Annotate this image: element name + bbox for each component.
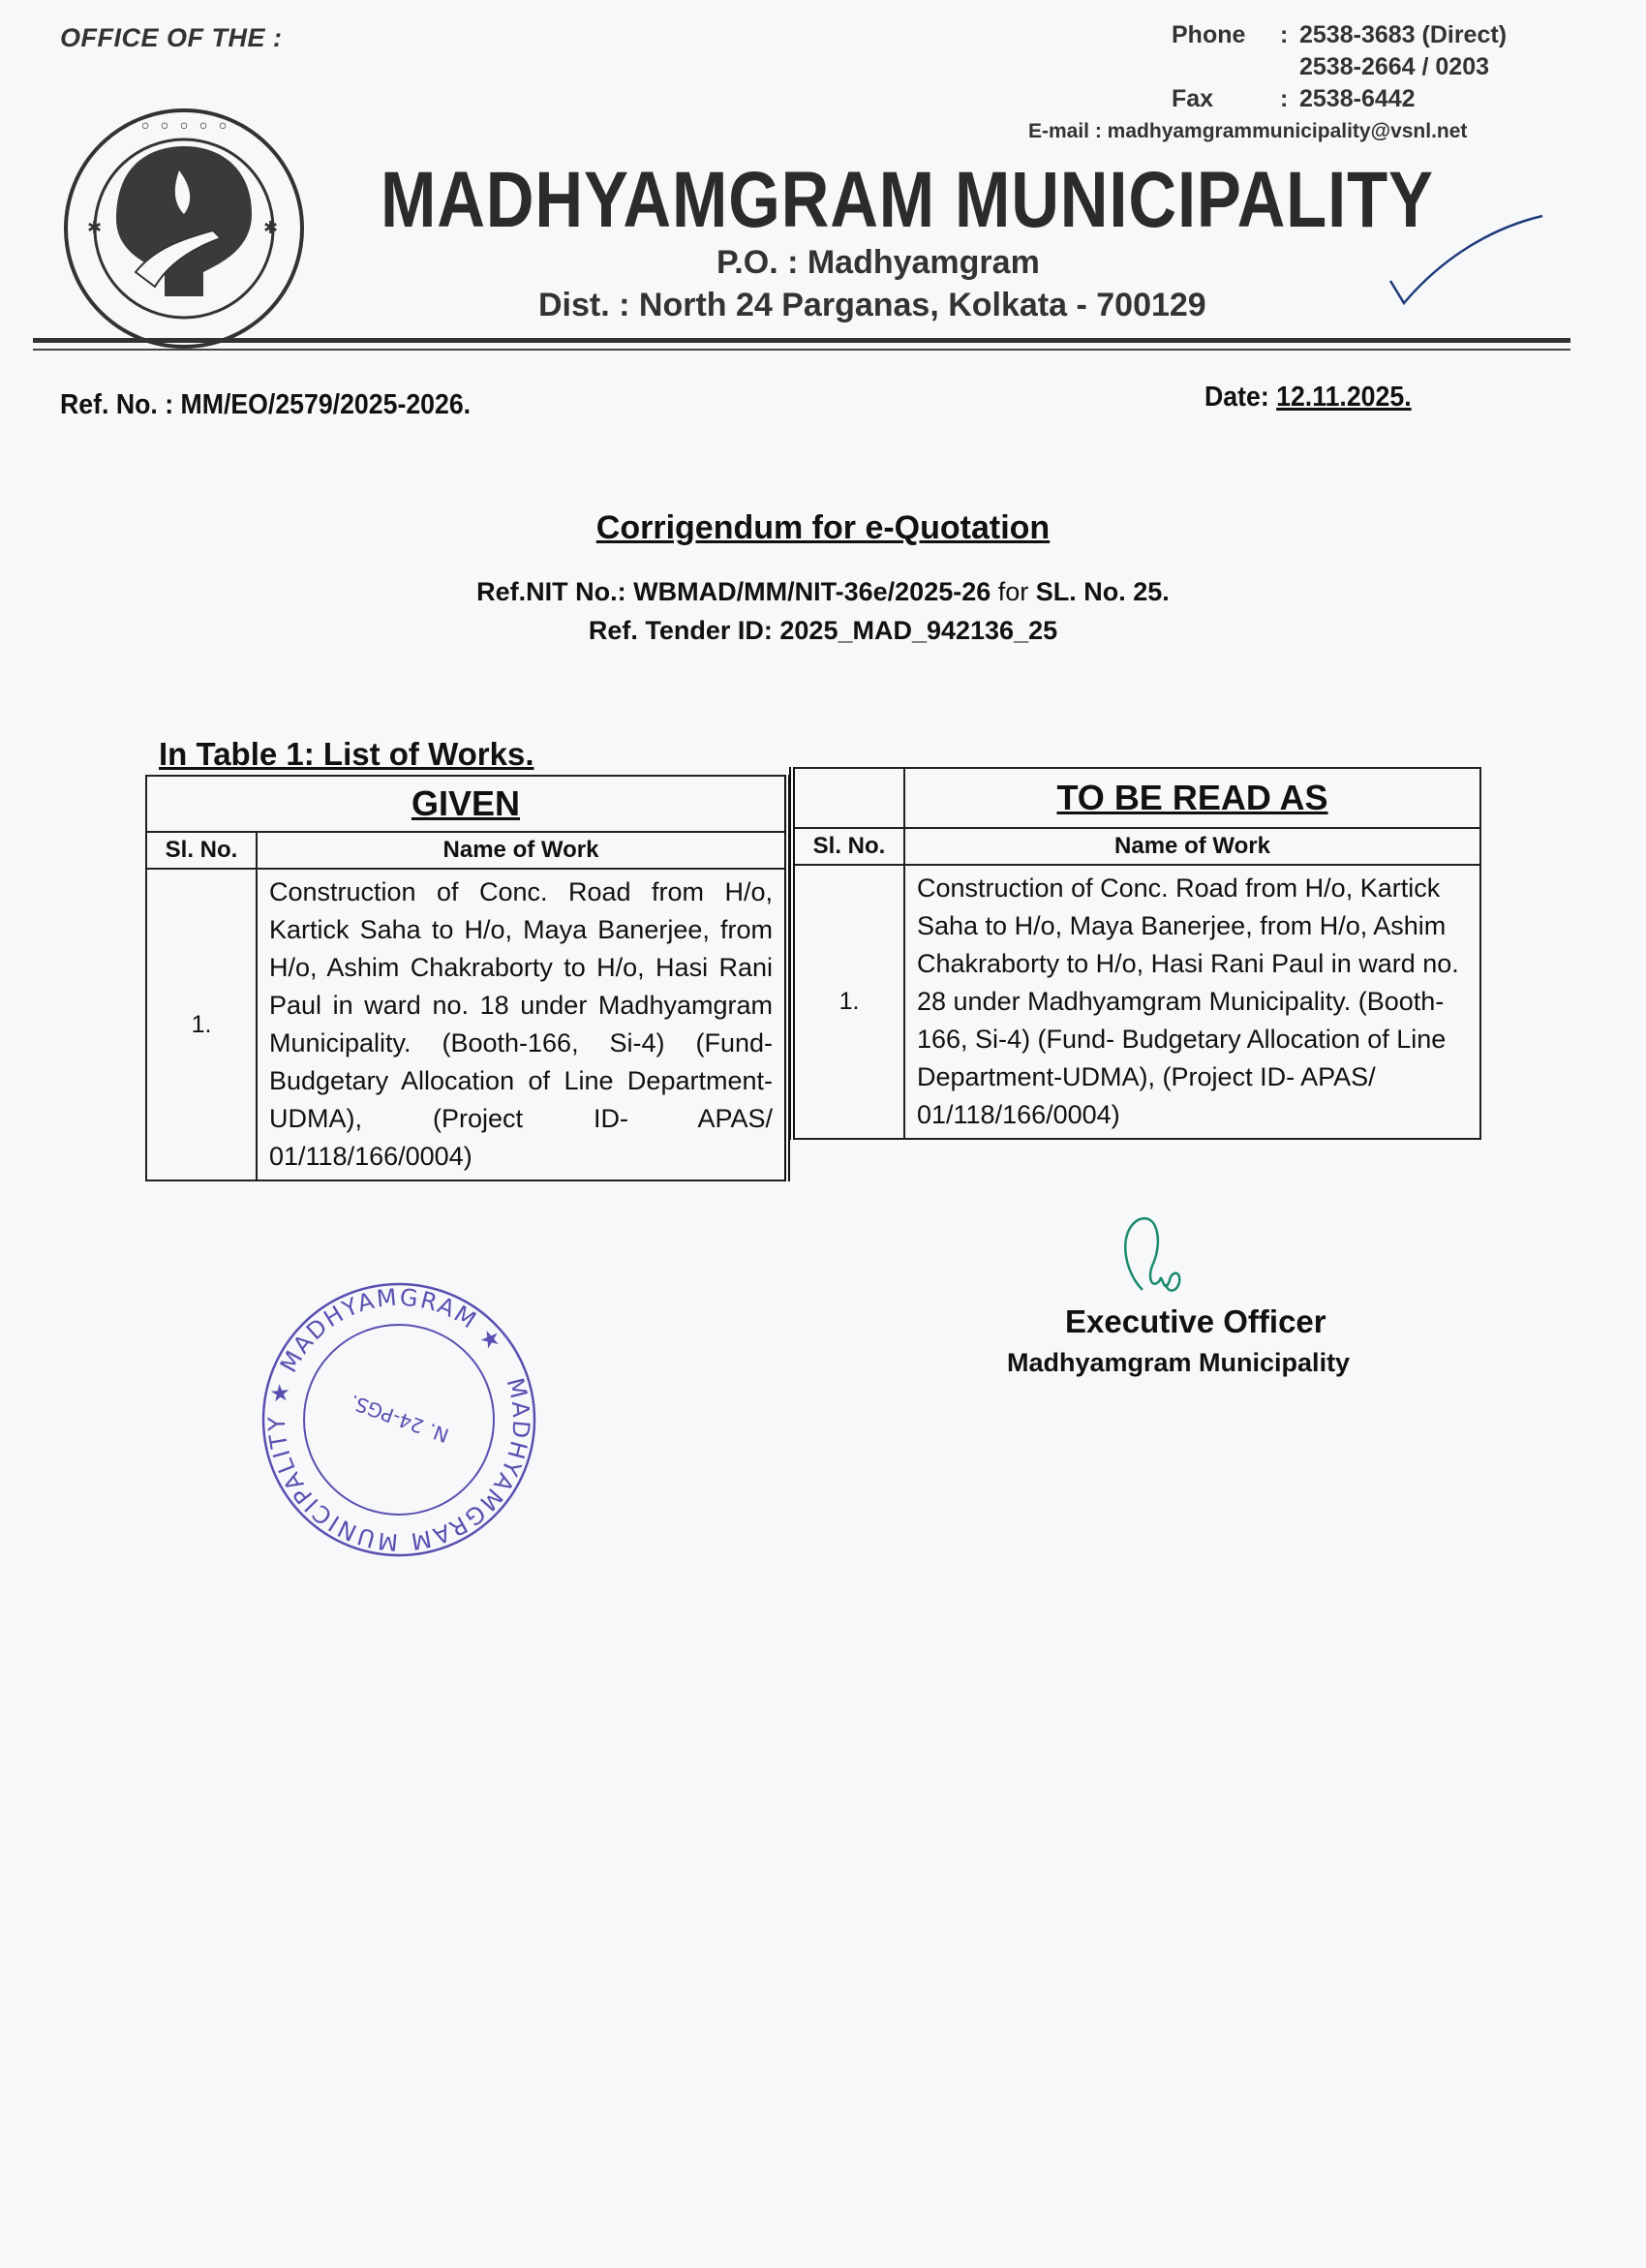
signature-icon [1104, 1212, 1220, 1309]
document-heading: Corrigendum for e-Quotation [0, 509, 1646, 547]
read-col-work: Name of Work [904, 828, 1480, 865]
given-row-sl: 1. [146, 869, 257, 1180]
to-be-read-as-table: TO BE READ AS Sl. No. Name of Work 1. Co… [789, 767, 1481, 1140]
office-stamp-icon: MADHYAMGRAM MUNICIPALITY ★ MADHYAMGRAM ★… [254, 1274, 544, 1565]
contact-row-fax: Fax: 2538-6442 [1172, 83, 1507, 115]
svg-text:N. 24-PGS.: N. 24-PGS. [347, 1390, 452, 1447]
signatory-organisation: Madhyamgram Municipality [1007, 1348, 1350, 1378]
email-line: E-mail : madhyamgrammunicipality@vsnl.ne… [1028, 120, 1467, 143]
signatory-designation: Executive Officer [1065, 1303, 1326, 1340]
contact-row-phone-alt: 2538-2664 / 0203 [1172, 51, 1507, 83]
read-row-work: Construction of Conc. Road from H/o, Kar… [904, 865, 1480, 1139]
svg-text:✱: ✱ [263, 218, 278, 237]
svg-text:✱: ✱ [87, 218, 102, 237]
office-of-label: OFFICE OF THE : [60, 23, 283, 53]
read-heading-blank [792, 768, 904, 828]
organisation-title: MADHYAMGRAM MUNICIPALITY [381, 155, 1434, 246]
nit-reference: Ref.NIT No.: WBMAD/MM/NIT-36e/2025-26 fo… [0, 577, 1646, 607]
header-divider-thin [33, 349, 1570, 351]
header-divider-thick [33, 338, 1570, 343]
given-col-work: Name of Work [257, 832, 787, 869]
reference-number: Ref. No. : MM/EO/2579/2025-2026. [60, 389, 471, 421]
date-label: Date: [1204, 382, 1276, 413]
table-caption: In Table 1: List of Works. [159, 736, 534, 773]
contact-block: Phone: 2538-3683 (Direct) 2538-2664 / 02… [1172, 19, 1507, 115]
municipal-seal-icon: ◦ ◦ ◦ ◦ ◦ ✱ ✱ [58, 103, 310, 354]
tender-id: Ref. Tender ID: 2025_MAD_942136_25 [0, 616, 1646, 646]
given-row-work: Construction of Conc. Road from H/o, Kar… [257, 869, 787, 1180]
given-col-sl: Sl. No. [146, 832, 257, 869]
table-row: 1. Construction of Conc. Road from H/o, … [792, 865, 1480, 1139]
contact-row-phone: Phone: 2538-3683 (Direct) [1172, 19, 1507, 51]
read-row-sl: 1. [792, 865, 904, 1139]
given-table: GIVEN Sl. No. Name of Work 1. Constructi… [145, 775, 790, 1181]
svg-text:◦ ◦ ◦ ◦ ◦: ◦ ◦ ◦ ◦ ◦ [139, 115, 229, 139]
date-value: 12.11.2025. [1276, 382, 1411, 413]
checkmark-icon [1383, 211, 1547, 308]
read-col-sl: Sl. No. [792, 828, 904, 865]
table-row: 1. Construction of Conc. Road from H/o, … [146, 869, 787, 1180]
document-date: Date: 12.11.2025. [1204, 382, 1412, 414]
given-heading: GIVEN [146, 776, 787, 832]
read-heading: TO BE READ AS [904, 768, 1480, 828]
post-office-line: P.O. : Madhyamgram [716, 244, 1040, 282]
district-line: Dist. : North 24 Parganas, Kolkata - 700… [538, 287, 1206, 324]
